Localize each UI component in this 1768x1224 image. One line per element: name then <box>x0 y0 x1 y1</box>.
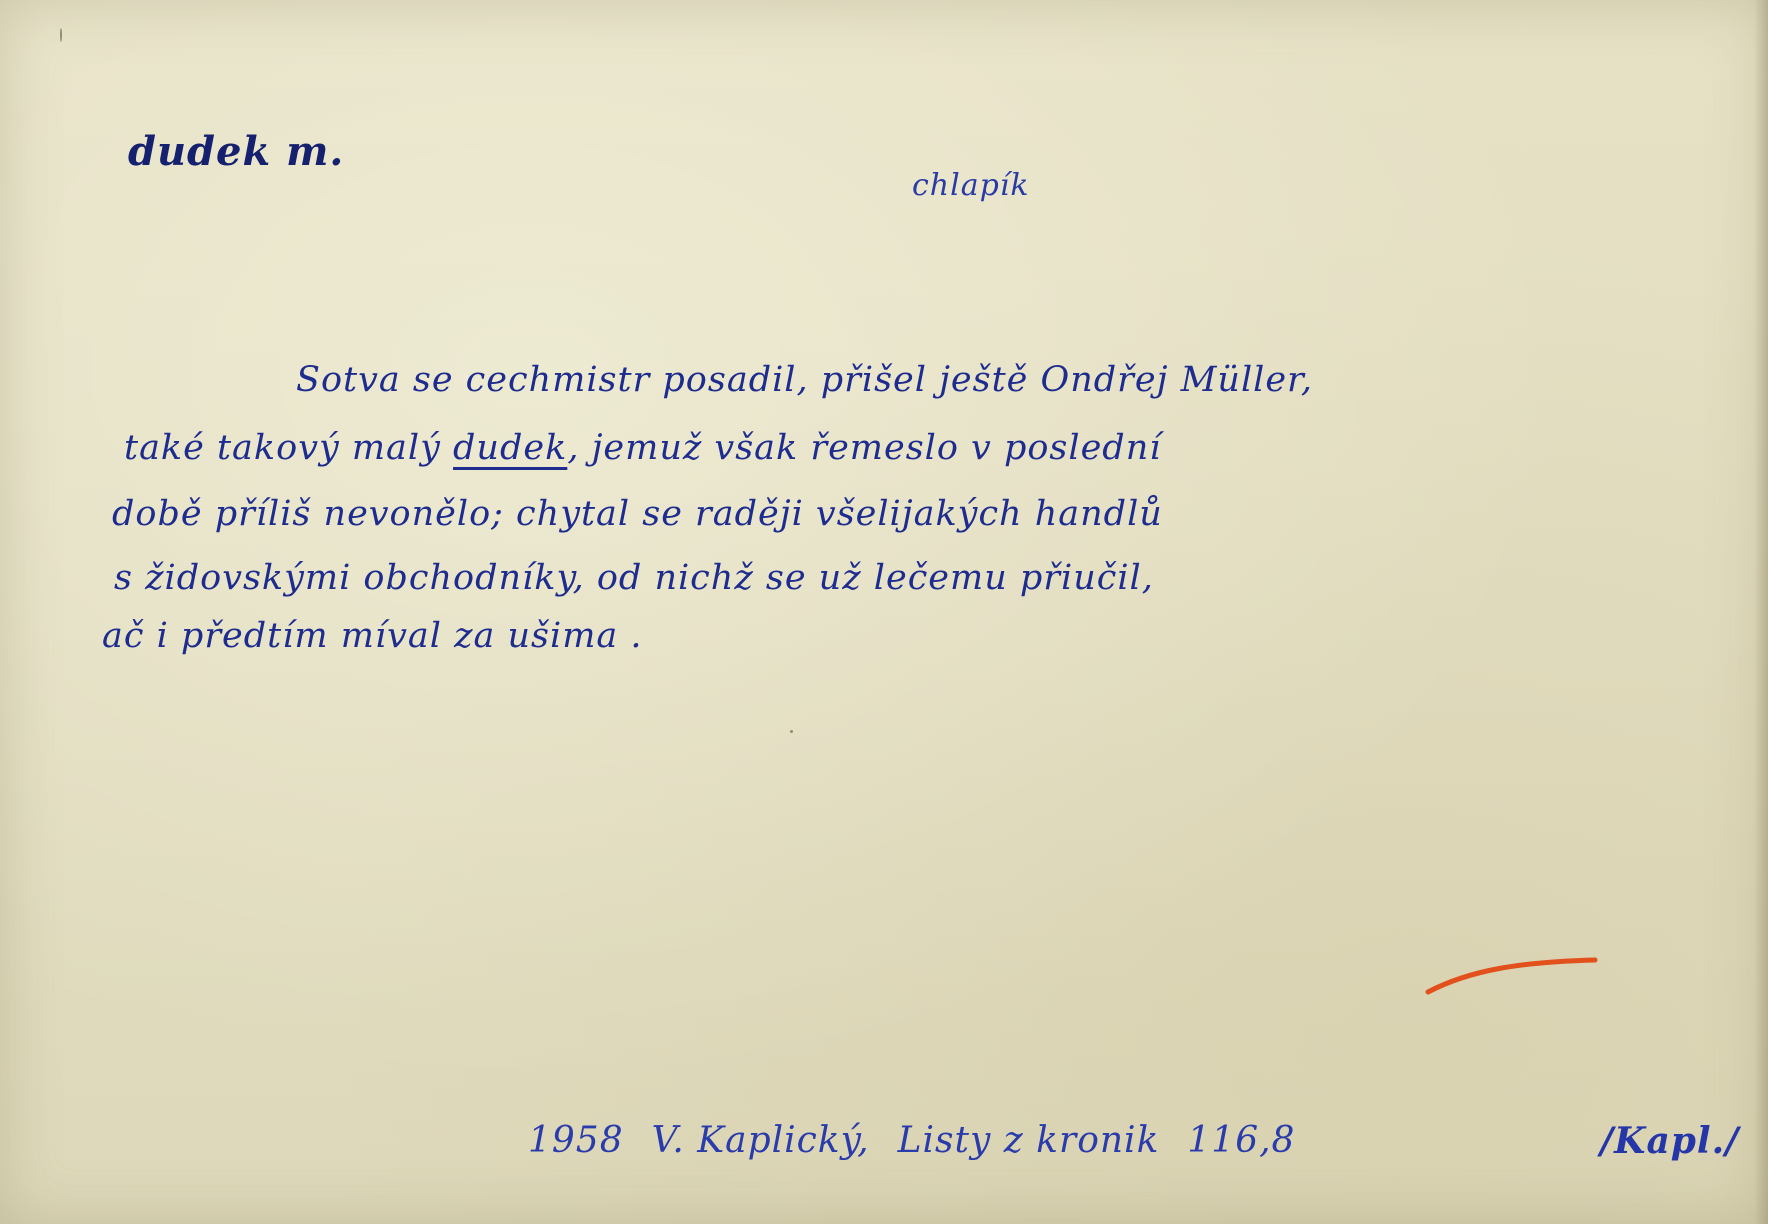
paper-speck <box>790 730 793 733</box>
red-pencil-mark-icon <box>1420 950 1600 1000</box>
citation-line-2: také takový malý dudek, jemuž však řemes… <box>124 428 1161 468</box>
source-title: Listy z kronik <box>898 1120 1160 1161</box>
source-reference: 1958V. Kaplický,Listy z kronik116,8 <box>528 1120 1323 1161</box>
paper-speck <box>60 28 62 42</box>
citation-text-segment: také takový malý <box>124 428 441 468</box>
citation-line-1: Sotva se cechmistr posadil, přišel ještě… <box>296 360 1313 400</box>
source-page: 116,8 <box>1187 1120 1295 1161</box>
gloss: chlapík <box>912 168 1030 203</box>
citation-line-4: s židovskými obchodníky, od nichž se už … <box>114 558 1154 598</box>
headword: dudek m. <box>128 128 344 175</box>
source-abbreviation: /Kapl./ <box>1600 1120 1739 1162</box>
citation-line-3: době příliš nevonělo; chytal se raději v… <box>112 494 1163 534</box>
citation-line-5: ač i předtím míval za ušima . <box>102 616 643 656</box>
index-card: dudek m. chlapík Sotva se cechmistr posa… <box>0 0 1768 1224</box>
source-author: V. Kaplický, <box>652 1120 870 1161</box>
citation-text-segment: , jemuž však řemeslo v poslední <box>567 428 1161 468</box>
underlined-headword: dudek <box>453 428 567 468</box>
source-year: 1958 <box>528 1120 624 1161</box>
